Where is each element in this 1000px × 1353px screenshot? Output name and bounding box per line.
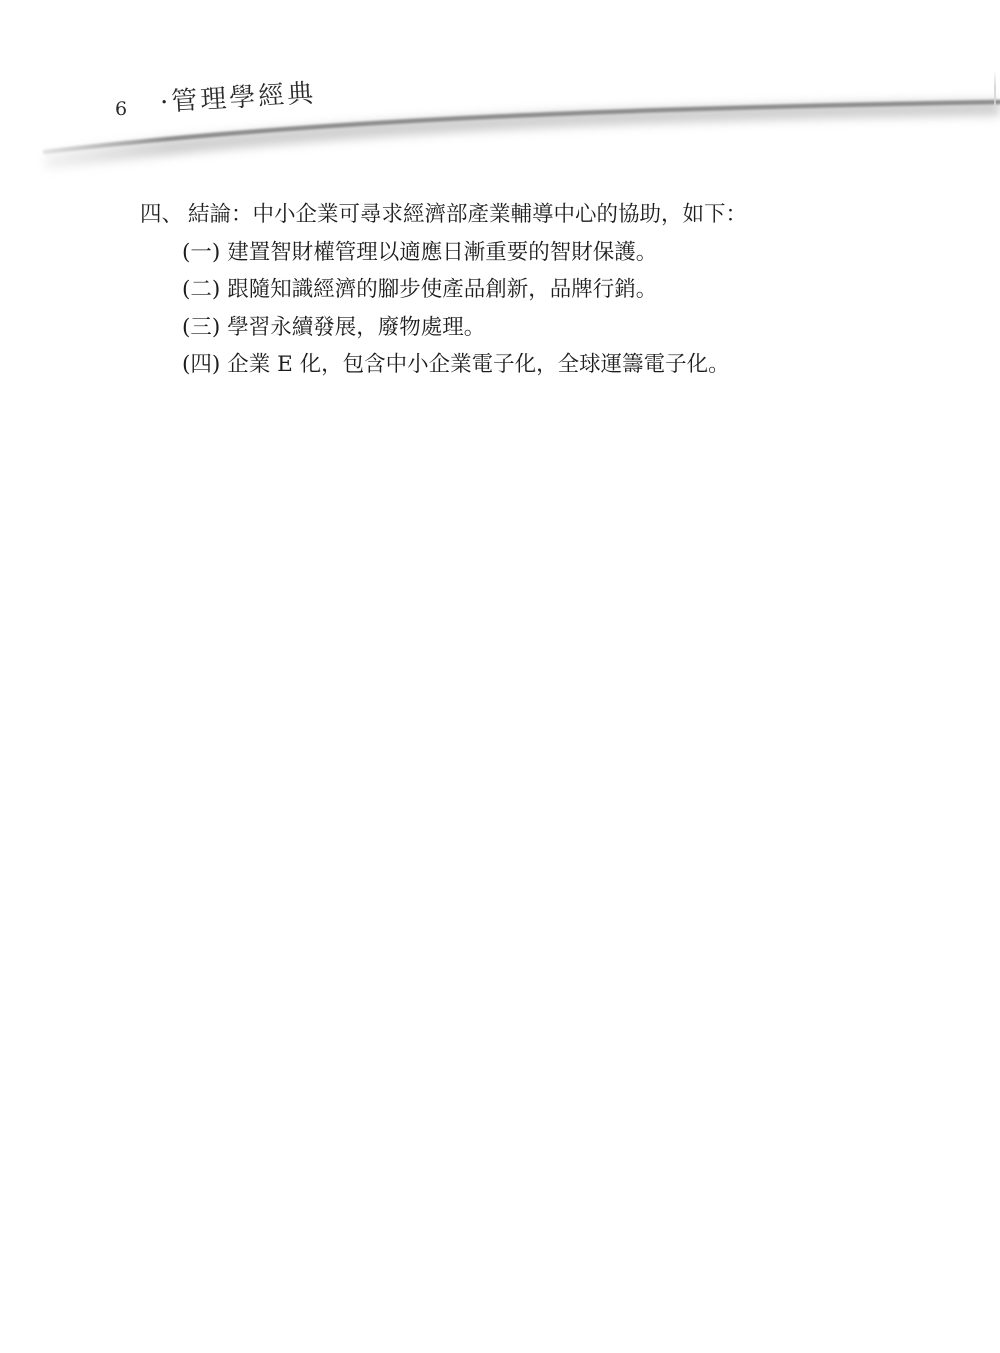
list-item-marker: (二) <box>182 271 220 309</box>
section-heading: 四、結論：中小企業可尋求經濟部產業輔導中心的協助，如下： <box>140 196 840 234</box>
list-item-text: 跟隨知識經濟的腳步使產品創新，品牌行銷。 <box>227 277 657 302</box>
body-text: 四、結論：中小企業可尋求經濟部產業輔導中心的協助，如下： (一)建置智財權管理以… <box>140 196 840 384</box>
swoosh-graphic <box>0 0 1000 200</box>
list-item: (二)跟隨知識經濟的腳步使產品創新，品牌行銷。 <box>182 271 840 309</box>
list-item-marker: (三) <box>182 309 220 347</box>
list-item-text: 企業 E 化，包含中小企業電子化，全球運籌電子化。 <box>227 352 729 377</box>
list-item-text: 學習永續發展，廢物處理。 <box>227 315 485 340</box>
list-item: (三)學習永續發展，廢物處理。 <box>182 309 840 347</box>
list-item-marker: (一) <box>182 234 220 272</box>
section-heading-text: 結論：中小企業可尋求經濟部產業輔導中心的協助，如下： <box>188 202 747 227</box>
page-number: 6 <box>115 98 127 120</box>
list-item: (一)建置智財權管理以適應日漸重要的智財保護。 <box>182 234 840 272</box>
page-edge-artifact <box>994 70 996 114</box>
list-item-text: 建置智財權管理以適應日漸重要的智財保護。 <box>227 240 657 265</box>
list-item-marker: (四) <box>182 346 220 384</box>
section-heading-marker: 四、 <box>140 196 188 234</box>
page-header: 6 ·管理學經典 <box>0 0 1000 200</box>
document-page: 6 ·管理學經典 四、結論：中小企業可尋求經濟部產業輔導中心的協助，如下： (一… <box>0 0 1000 1353</box>
list-item: (四)企業 E 化，包含中小企業電子化，全球運籌電子化。 <box>182 346 840 384</box>
conclusion-list: (一)建置智財權管理以適應日漸重要的智財保護。 (二)跟隨知識經濟的腳步使產品創… <box>182 234 840 384</box>
